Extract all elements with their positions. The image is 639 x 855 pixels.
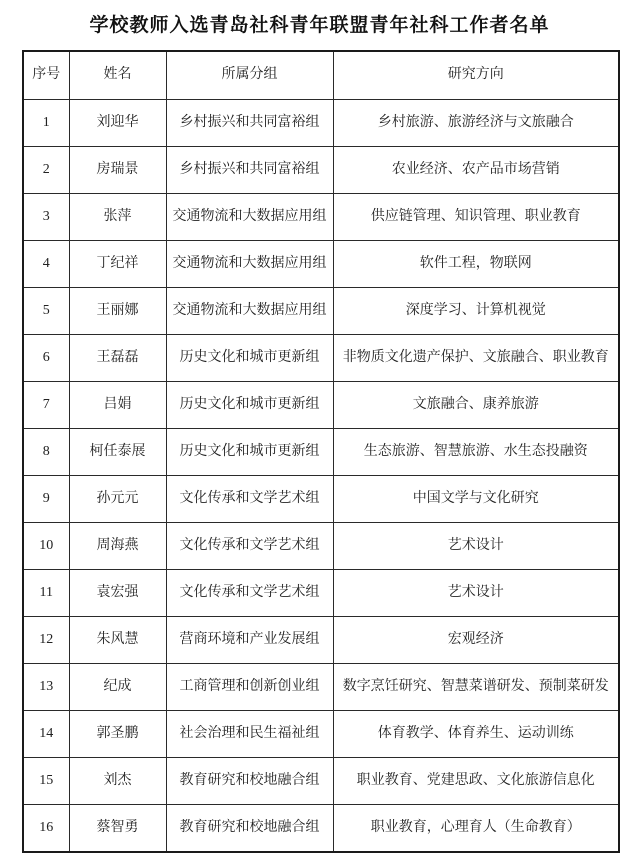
table-row: 15刘杰教育研究和校地融合组职业教育、党建思政、文化旅游信息化	[23, 758, 619, 805]
table-row: 13纪成工商管理和创新创业组数字烹饪研究、智慧菜谱研发、预制菜研发	[23, 664, 619, 711]
cell-group: 交通物流和大数据应用组	[166, 241, 333, 288]
cell-name: 纪成	[69, 664, 166, 711]
cell-index: 13	[23, 664, 69, 711]
cell-index: 2	[23, 147, 69, 194]
cell-index: 1	[23, 100, 69, 147]
cell-name: 吕娟	[69, 382, 166, 429]
cell-field: 乡村旅游、旅游经济与文旅融合	[333, 100, 619, 147]
table-row: 16蔡智勇教育研究和校地融合组职业教育，心理育人（生命教育）	[23, 805, 619, 853]
cell-group: 历史文化和城市更新组	[166, 382, 333, 429]
table-row: 6王磊磊历史文化和城市更新组非物质文化遗产保护、文旅融合、职业教育	[23, 335, 619, 382]
cell-field: 农业经济、农产品市场营销	[333, 147, 619, 194]
cell-group: 教育研究和校地融合组	[166, 805, 333, 853]
column-header-field: 研究方向	[333, 51, 619, 100]
table-row: 12朱风慧营商环境和产业发展组宏观经济	[23, 617, 619, 664]
table-row: 1刘迎华乡村振兴和共同富裕组乡村旅游、旅游经济与文旅融合	[23, 100, 619, 147]
cell-index: 12	[23, 617, 69, 664]
cell-name: 王丽娜	[69, 288, 166, 335]
cell-index: 7	[23, 382, 69, 429]
cell-field: 职业教育、党建思政、文化旅游信息化	[333, 758, 619, 805]
cell-index: 14	[23, 711, 69, 758]
cell-index: 3	[23, 194, 69, 241]
cell-field: 文旅融合、康养旅游	[333, 382, 619, 429]
table-row: 8柯任泰展历史文化和城市更新组生态旅游、智慧旅游、水生态投融资	[23, 429, 619, 476]
column-header-name: 姓名	[69, 51, 166, 100]
cell-group: 历史文化和城市更新组	[166, 335, 333, 382]
cell-field: 供应链管理、知识管理、职业教育	[333, 194, 619, 241]
cell-name: 刘杰	[69, 758, 166, 805]
cell-group: 营商环境和产业发展组	[166, 617, 333, 664]
table-row: 11袁宏强文化传承和文学艺术组艺术设计	[23, 570, 619, 617]
table-row: 7吕娟历史文化和城市更新组文旅融合、康养旅游	[23, 382, 619, 429]
cell-field: 数字烹饪研究、智慧菜谱研发、预制菜研发	[333, 664, 619, 711]
cell-field: 生态旅游、智慧旅游、水生态投融资	[333, 429, 619, 476]
table-header-row: 序号 姓名 所属分组 研究方向	[23, 51, 619, 100]
cell-field: 宏观经济	[333, 617, 619, 664]
table-row: 10周海燕文化传承和文学艺术组艺术设计	[23, 523, 619, 570]
cell-field: 软件工程，物联网	[333, 241, 619, 288]
cell-group: 文化传承和文学艺术组	[166, 570, 333, 617]
table-row: 4丁纪祥交通物流和大数据应用组软件工程，物联网	[23, 241, 619, 288]
table-row: 2房瑞景乡村振兴和共同富裕组农业经济、农产品市场营销	[23, 147, 619, 194]
cell-field: 艺术设计	[333, 570, 619, 617]
cell-name: 丁纪祥	[69, 241, 166, 288]
cell-index: 9	[23, 476, 69, 523]
cell-index: 10	[23, 523, 69, 570]
table-row: 14郭圣鹏社会治理和民生福祉组体育教学、体育养生、运动训练	[23, 711, 619, 758]
cell-name: 张萍	[69, 194, 166, 241]
table-body: 1刘迎华乡村振兴和共同富裕组乡村旅游、旅游经济与文旅融合2房瑞景乡村振兴和共同富…	[23, 100, 619, 853]
cell-index: 5	[23, 288, 69, 335]
cell-group: 乡村振兴和共同富裕组	[166, 100, 333, 147]
cell-group: 文化传承和文学艺术组	[166, 476, 333, 523]
table-row: 3张萍交通物流和大数据应用组供应链管理、知识管理、职业教育	[23, 194, 619, 241]
cell-group: 乡村振兴和共同富裕组	[166, 147, 333, 194]
cell-name: 周海燕	[69, 523, 166, 570]
cell-name: 柯任泰展	[69, 429, 166, 476]
teacher-roster-table: 序号 姓名 所属分组 研究方向 1刘迎华乡村振兴和共同富裕组乡村旅游、旅游经济与…	[22, 50, 620, 853]
page-title: 学校教师入选青岛社科青年联盟青年社科工作者名单	[0, 0, 639, 37]
cell-field: 中国文学与文化研究	[333, 476, 619, 523]
cell-name: 朱风慧	[69, 617, 166, 664]
cell-index: 11	[23, 570, 69, 617]
cell-name: 刘迎华	[69, 100, 166, 147]
cell-group: 历史文化和城市更新组	[166, 429, 333, 476]
table-row: 5王丽娜交通物流和大数据应用组深度学习、计算机视觉	[23, 288, 619, 335]
cell-name: 袁宏强	[69, 570, 166, 617]
cell-name: 王磊磊	[69, 335, 166, 382]
cell-group: 社会治理和民生福祉组	[166, 711, 333, 758]
cell-field: 非物质文化遗产保护、文旅融合、职业教育	[333, 335, 619, 382]
cell-index: 6	[23, 335, 69, 382]
cell-group: 文化传承和文学艺术组	[166, 523, 333, 570]
cell-index: 16	[23, 805, 69, 853]
cell-group: 交通物流和大数据应用组	[166, 194, 333, 241]
cell-group: 教育研究和校地融合组	[166, 758, 333, 805]
cell-group: 交通物流和大数据应用组	[166, 288, 333, 335]
document-page: 学校教师入选青岛社科青年联盟青年社科工作者名单 序号 姓名 所属分组 研究方向 …	[0, 0, 639, 855]
cell-field: 职业教育，心理育人（生命教育）	[333, 805, 619, 853]
cell-name: 房瑞景	[69, 147, 166, 194]
cell-field: 深度学习、计算机视觉	[333, 288, 619, 335]
cell-name: 蔡智勇	[69, 805, 166, 853]
cell-index: 4	[23, 241, 69, 288]
cell-name: 孙元元	[69, 476, 166, 523]
cell-name: 郭圣鹏	[69, 711, 166, 758]
cell-index: 15	[23, 758, 69, 805]
cell-field: 体育教学、体育养生、运动训练	[333, 711, 619, 758]
table-row: 9孙元元文化传承和文学艺术组中国文学与文化研究	[23, 476, 619, 523]
column-header-group: 所属分组	[166, 51, 333, 100]
cell-group: 工商管理和创新创业组	[166, 664, 333, 711]
cell-index: 8	[23, 429, 69, 476]
column-header-index: 序号	[23, 51, 69, 100]
cell-field: 艺术设计	[333, 523, 619, 570]
